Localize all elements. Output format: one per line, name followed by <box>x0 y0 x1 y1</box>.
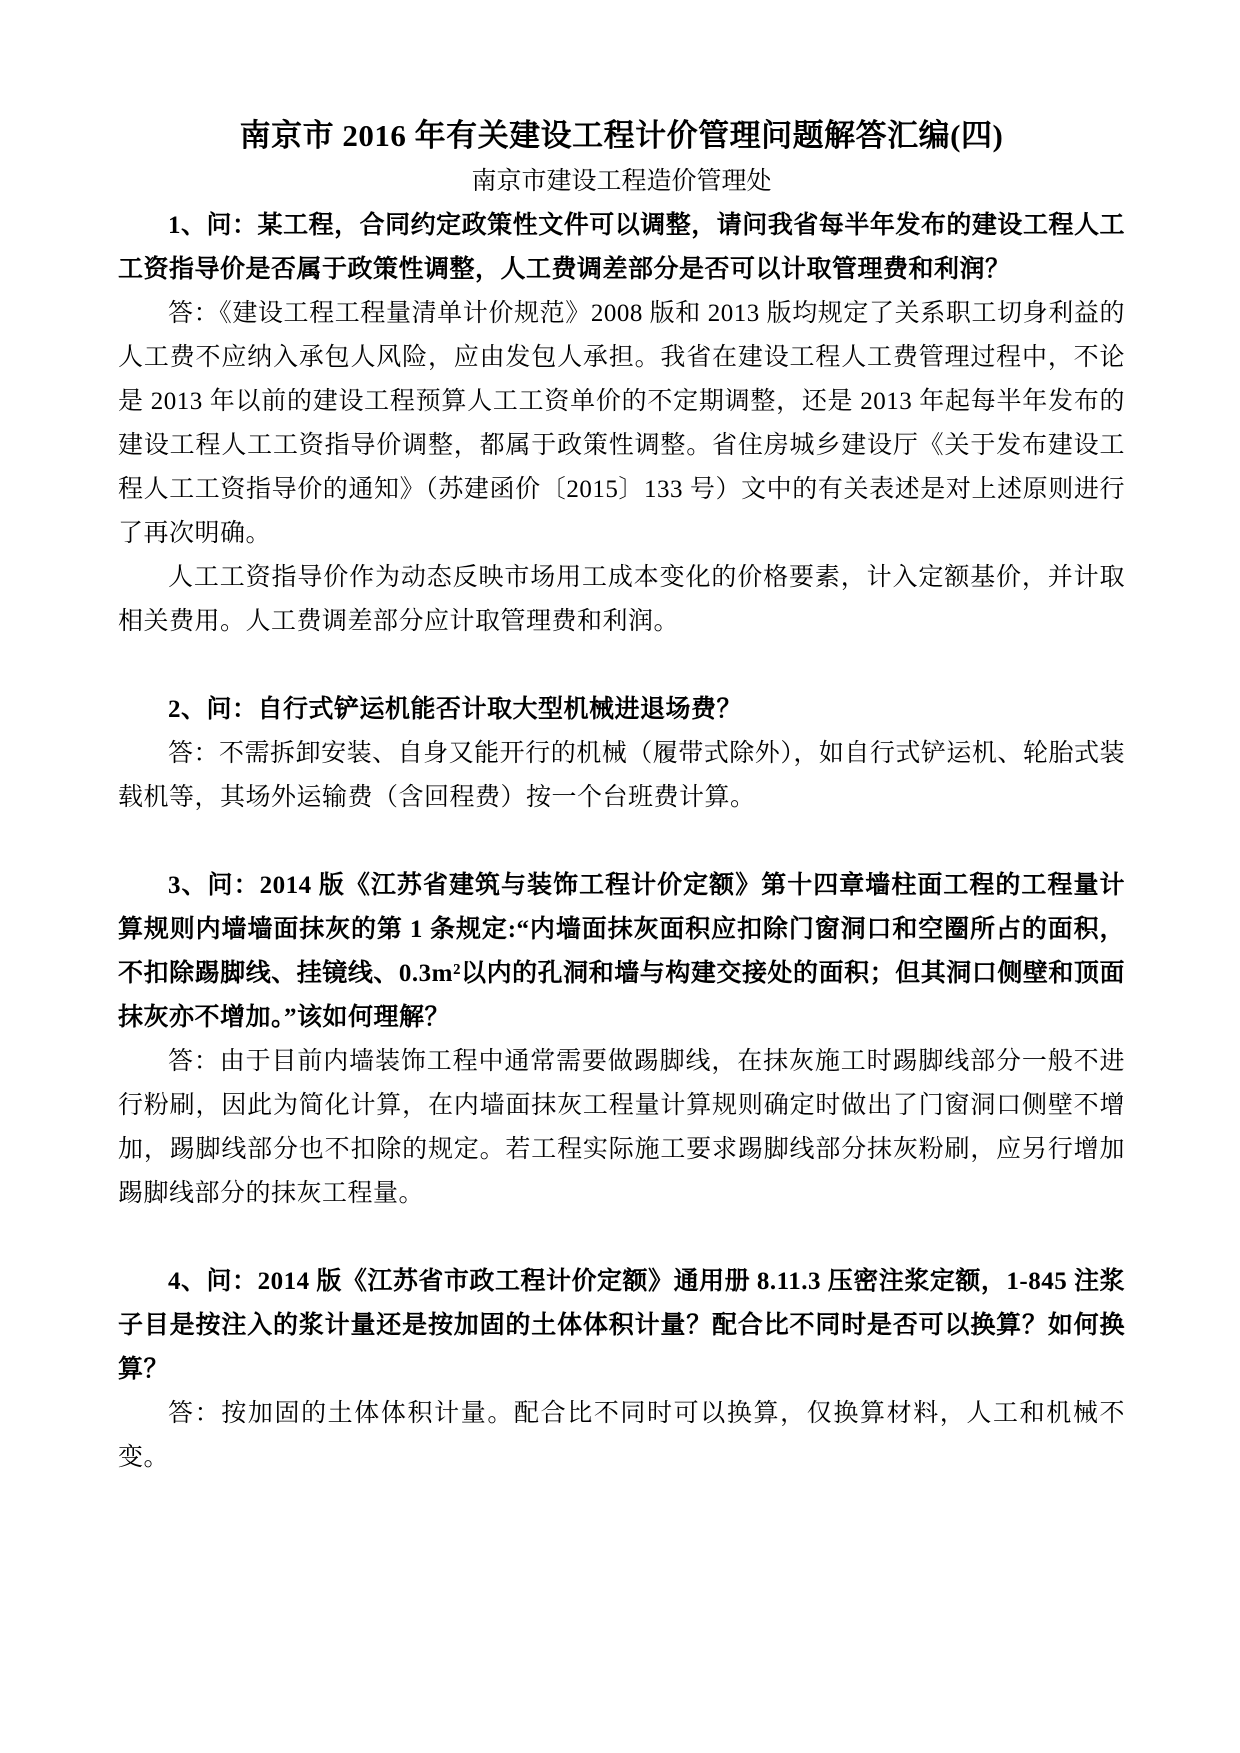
question-paragraph: 4、问：2014 版《江苏省市政工程计价定额》通用册 8.11.3 压密注浆定额… <box>118 1260 1125 1392</box>
answer-paragraph: 答：按加固的土体体积计量。配合比不同时可以换算，仅换算材料，人工和机械不变。 <box>118 1392 1125 1480</box>
answer-paragraph: 答：不需拆卸安装、自身又能开行的机械（履带式除外），如自行式铲运机、轮胎式装载机… <box>118 732 1125 820</box>
question-paragraph: 3、问：2014 版《江苏省建筑与装饰工程计价定额》第十四章墙柱面工程的工程量计… <box>118 864 1125 1040</box>
answer-paragraph: 答：《建设工程工程量清单计价规范》2008 版和 2013 版均规定了关系职工切… <box>118 292 1125 556</box>
document-title: 南京市 2016 年有关建设工程计价管理问题解答汇编(四) <box>118 112 1125 160</box>
document-body: 1、问：某工程，合同约定政策性文件可以调整，请问我省每半年发布的建设工程人工工资… <box>118 204 1125 1480</box>
answer-paragraph: 答：由于目前内墙装饰工程中通常需要做踢脚线，在抹灰施工时踢脚线部分一般不进行粉刷… <box>118 1040 1125 1216</box>
document-subtitle: 南京市建设工程造价管理处 <box>118 160 1125 204</box>
answer-paragraph: 人工工资指导价作为动态反映市场用工成本变化的价格要素，计入定额基价，并计取相关费… <box>118 556 1125 644</box>
question-paragraph: 1、问：某工程，合同约定政策性文件可以调整，请问我省每半年发布的建设工程人工工资… <box>118 204 1125 292</box>
question-paragraph: 2、问：自行式铲运机能否计取大型机械进退场费？ <box>118 688 1125 732</box>
document-page: 南京市 2016 年有关建设工程计价管理问题解答汇编(四) 南京市建设工程造价管… <box>0 0 1240 1753</box>
